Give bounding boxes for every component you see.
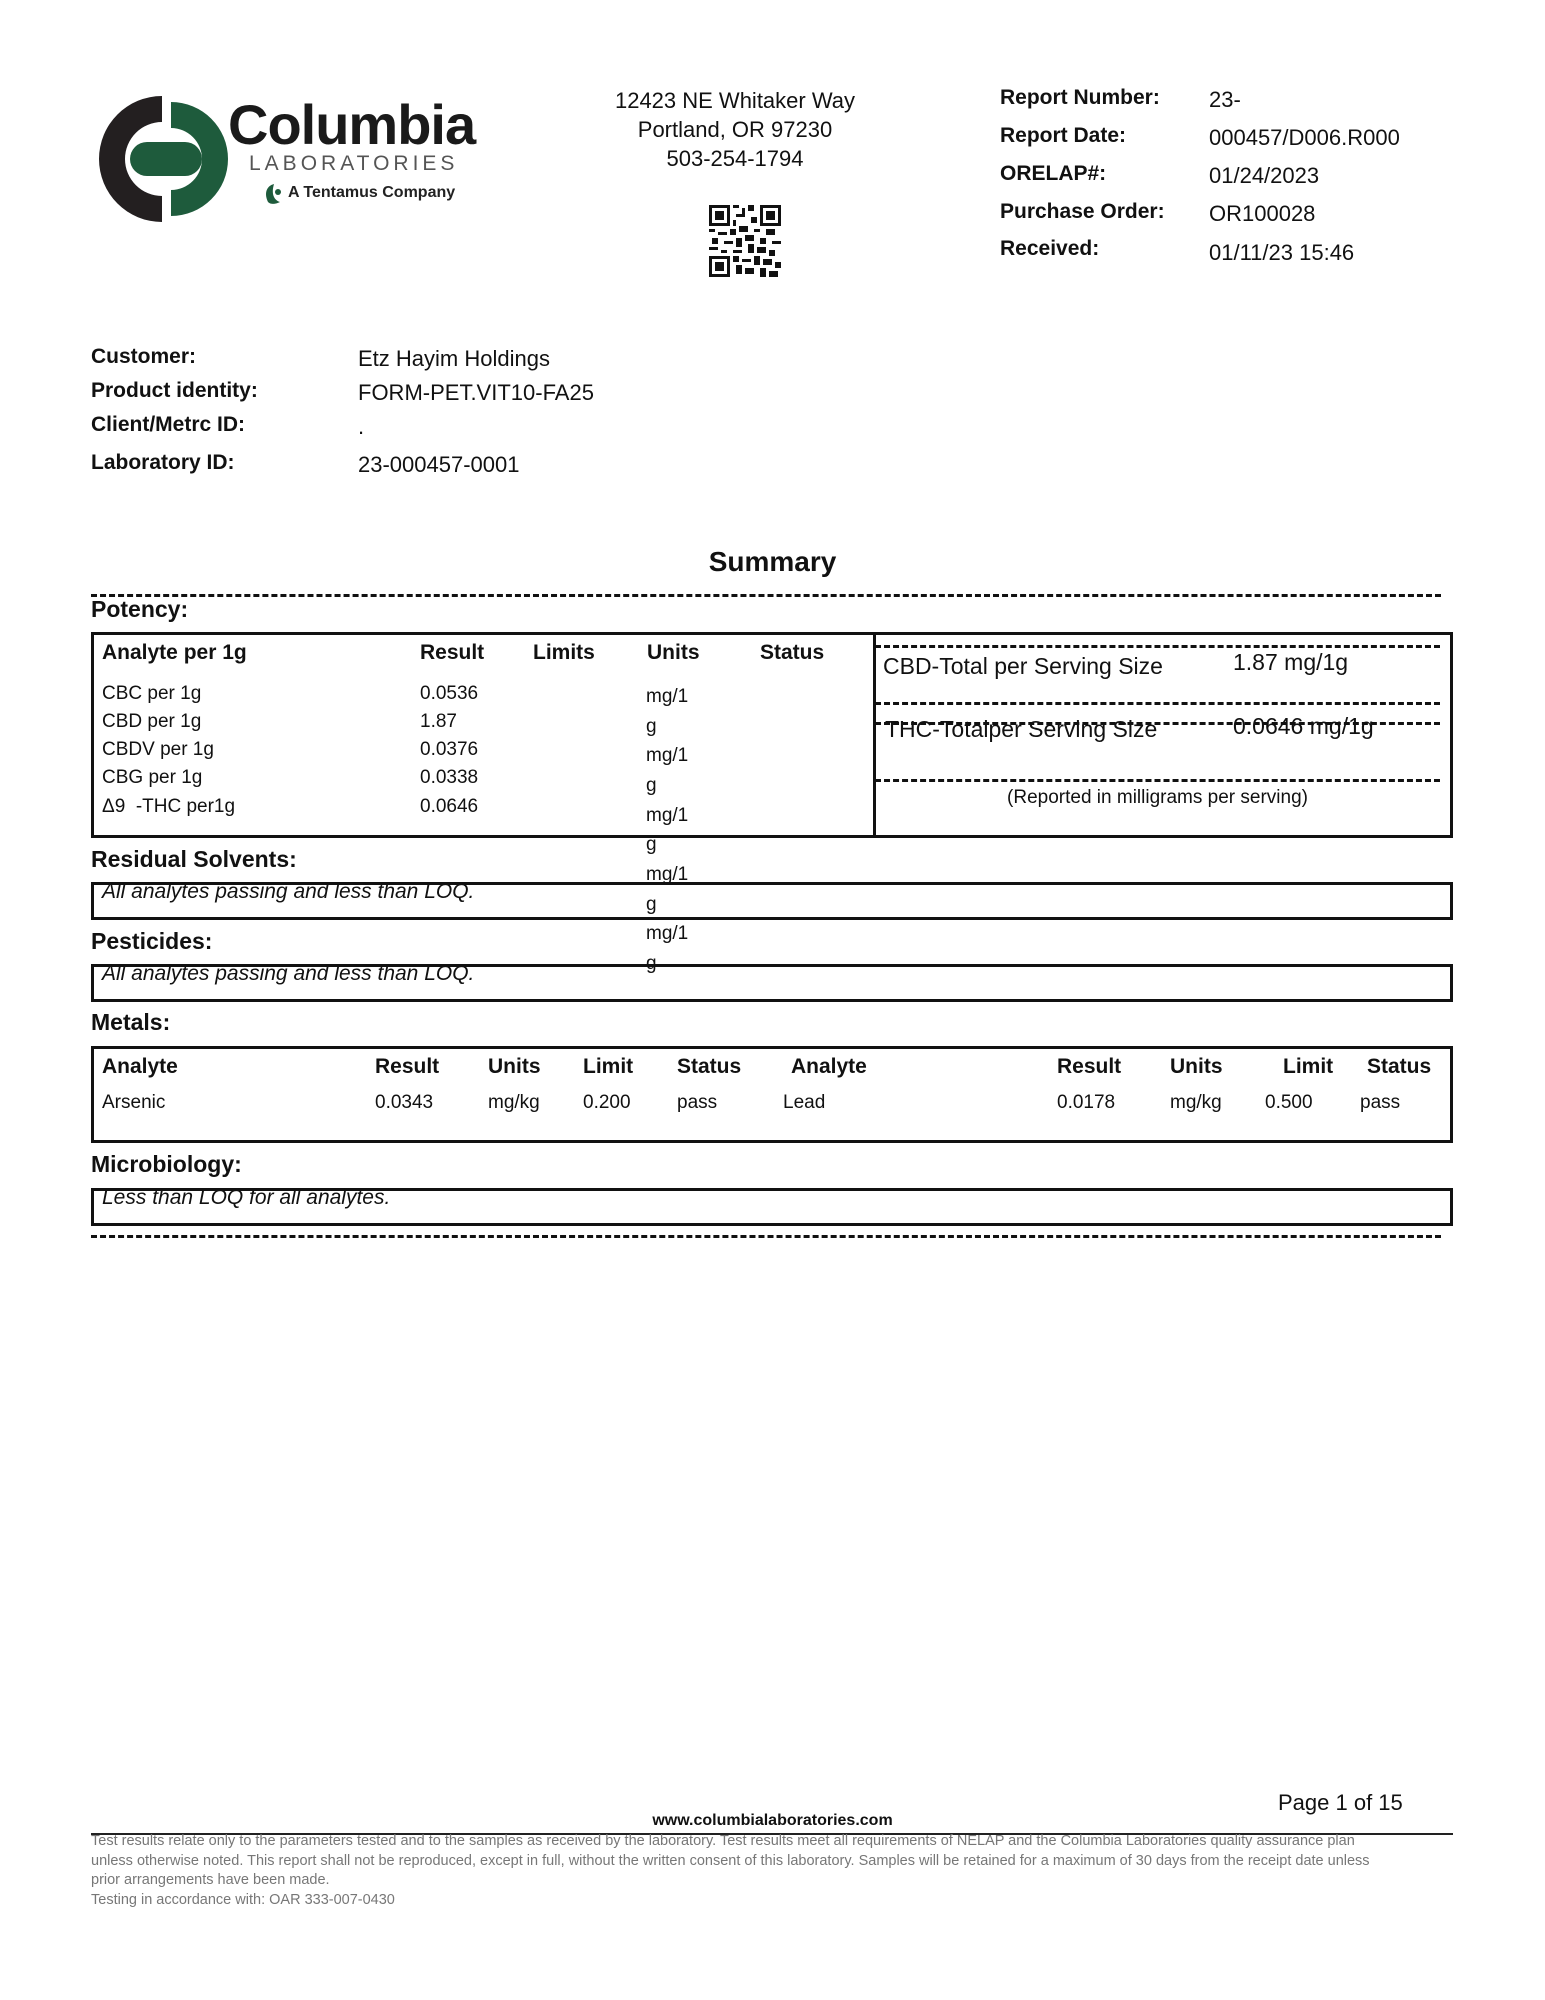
qr-code-icon[interactable]: [709, 205, 781, 277]
metals-header-result-2: Result: [1057, 1055, 1121, 1079]
product-identity-label: Product identity:: [91, 379, 258, 403]
disclaimer-line: prior arrangements have been made.: [91, 1871, 1451, 1891]
purchase-order-label: Purchase Order:: [1000, 200, 1165, 224]
microbiology-note: Less than LOQ for all analytes.: [102, 1186, 390, 1210]
metal-result: 0.0343: [375, 1092, 433, 1114]
potency-row-result: 0.0646: [420, 796, 478, 818]
residual-solvents-title: Residual Solvents:: [91, 846, 297, 873]
report-date-value: 000457/D006.R000: [1209, 125, 1400, 151]
potency-title: Potency:: [91, 596, 188, 623]
summary-bottom-divider: [91, 1235, 1441, 1238]
potency-unit: mg/1: [646, 686, 688, 708]
microbiology-title: Microbiology:: [91, 1151, 242, 1178]
metals-header-analyte-2: Analyte: [791, 1055, 867, 1079]
potency-row-analyte: Δ9 -THC per1g: [102, 796, 235, 818]
address-phone: 503-254-1794: [560, 144, 910, 173]
tentamus-leaf-icon: [262, 182, 284, 206]
disclaimer-line: Testing in accordance with: OAR 333-007-…: [91, 1891, 1451, 1911]
metals-header-units: Units: [488, 1055, 541, 1079]
lab-address: 12423 NE Whitaker Way Portland, OR 97230…: [560, 86, 910, 173]
metal-units: mg/kg: [488, 1092, 540, 1114]
disclaimer-line: unless otherwise noted. This report shal…: [91, 1852, 1451, 1872]
summary-top-divider: [91, 594, 1441, 597]
metals-header-limit-2: Limit: [1283, 1055, 1333, 1079]
metals-header-analyte: Analyte: [102, 1055, 178, 1079]
metal-status: pass: [1360, 1092, 1400, 1114]
metal-analyte: Lead: [783, 1092, 825, 1114]
customer-label: Customer:: [91, 345, 196, 369]
metal-limit: 0.500: [1265, 1092, 1313, 1114]
metals-header-status: Status: [677, 1055, 741, 1079]
potency-row-analyte: CBC per 1g: [102, 683, 201, 705]
potency-row-result: 1.87: [420, 711, 457, 733]
brand-tagline: A Tentamus Company: [288, 184, 455, 202]
metals-header-result: Result: [375, 1055, 439, 1079]
laboratory-id-label: Laboratory ID:: [91, 451, 235, 475]
report-number-label: Report Number:: [1000, 86, 1160, 110]
potency-unit: mg/1: [646, 923, 688, 945]
metal-result: 0.0178: [1057, 1092, 1115, 1114]
potency-row-analyte: CBG per 1g: [102, 767, 202, 789]
potency-row-analyte: CBDV per 1g: [102, 739, 214, 761]
pesticides-note: All analytes passing and less than LOQ.: [102, 962, 474, 986]
potency-header-result: Result: [420, 641, 484, 665]
received-value: 01/11/23 15:46: [1209, 240, 1354, 266]
product-identity-value: FORM-PET.VIT10-FA25: [358, 380, 594, 406]
serving-divider: [875, 645, 1440, 648]
potency-unit: g: [646, 834, 657, 856]
address-line1: 12423 NE Whitaker Way: [560, 86, 910, 115]
potency-row-result: 0.0376: [420, 739, 478, 761]
metal-units: mg/kg: [1170, 1092, 1222, 1114]
client-metrc-id-value: .: [358, 414, 364, 440]
potency-unit: mg/1: [646, 745, 688, 767]
potency-header-limits: Limits: [533, 641, 595, 665]
metal-limit: 0.200: [583, 1092, 631, 1114]
footer-disclaimer: Test results relate only to the paramete…: [91, 1832, 1451, 1910]
thc-total-value: 0.0646 mg/1g: [1233, 713, 1374, 740]
report-date-label: Report Date:: [1000, 124, 1126, 148]
potency-unit: g: [646, 775, 657, 797]
cbd-total-label: CBD-Total per Serving Size: [883, 653, 1163, 680]
potency-row-result: 0.0536: [420, 683, 478, 705]
serving-note: (Reported in milligrams per serving): [875, 787, 1440, 809]
metals-box: [91, 1046, 1453, 1143]
potency-unit: mg/1: [646, 805, 688, 827]
metals-header-units-2: Units: [1170, 1055, 1223, 1079]
received-label: Received:: [1000, 237, 1099, 261]
report-number-value: 23-: [1209, 87, 1241, 113]
metals-header-limit: Limit: [583, 1055, 633, 1079]
disclaimer-line: Test results relate only to the paramete…: [91, 1832, 1451, 1852]
potency-row-analyte: CBD per 1g: [102, 711, 201, 733]
orelap-label: ORELAP#:: [1000, 162, 1106, 186]
potency-header-status: Status: [760, 641, 824, 665]
potency-header-analyte: Analyte per 1g: [102, 641, 247, 665]
serving-divider: [875, 779, 1440, 782]
potency-row-result: 0.0338: [420, 767, 478, 789]
metals-title: Metals:: [91, 1009, 170, 1036]
metal-analyte: Arsenic: [102, 1092, 165, 1114]
potency-header-units: Units: [647, 641, 700, 665]
client-metrc-id-label: Client/Metrc ID:: [91, 413, 245, 437]
serving-divider: [875, 702, 1440, 705]
address-line2: Portland, OR 97230: [560, 115, 910, 144]
columbia-c-logo-icon: [95, 92, 230, 227]
brand-subtitle: LABORATORIES: [249, 152, 458, 176]
brand-name: Columbia: [228, 92, 475, 157]
pesticides-title: Pesticides:: [91, 928, 212, 955]
orelap-value: 01/24/2023: [1209, 163, 1319, 189]
summary-title: Summary: [0, 546, 1545, 578]
residual-solvents-note: All analytes passing and less than LOQ.: [102, 880, 474, 904]
website-link[interactable]: www.columbialaboratories.com: [0, 1812, 1545, 1830]
purchase-order-value: OR100028: [1209, 201, 1315, 227]
metal-status: pass: [677, 1092, 717, 1114]
laboratory-id-value: 23-000457-0001: [358, 452, 519, 478]
cbd-total-value: 1.87 mg/1g: [1233, 649, 1348, 676]
thc-total-label: THC-Totalper Serving Size: [885, 716, 1157, 743]
customer-value: Etz Hayim Holdings: [358, 346, 550, 372]
metals-header-status-2: Status: [1367, 1055, 1431, 1079]
potency-unit: g: [646, 716, 657, 738]
